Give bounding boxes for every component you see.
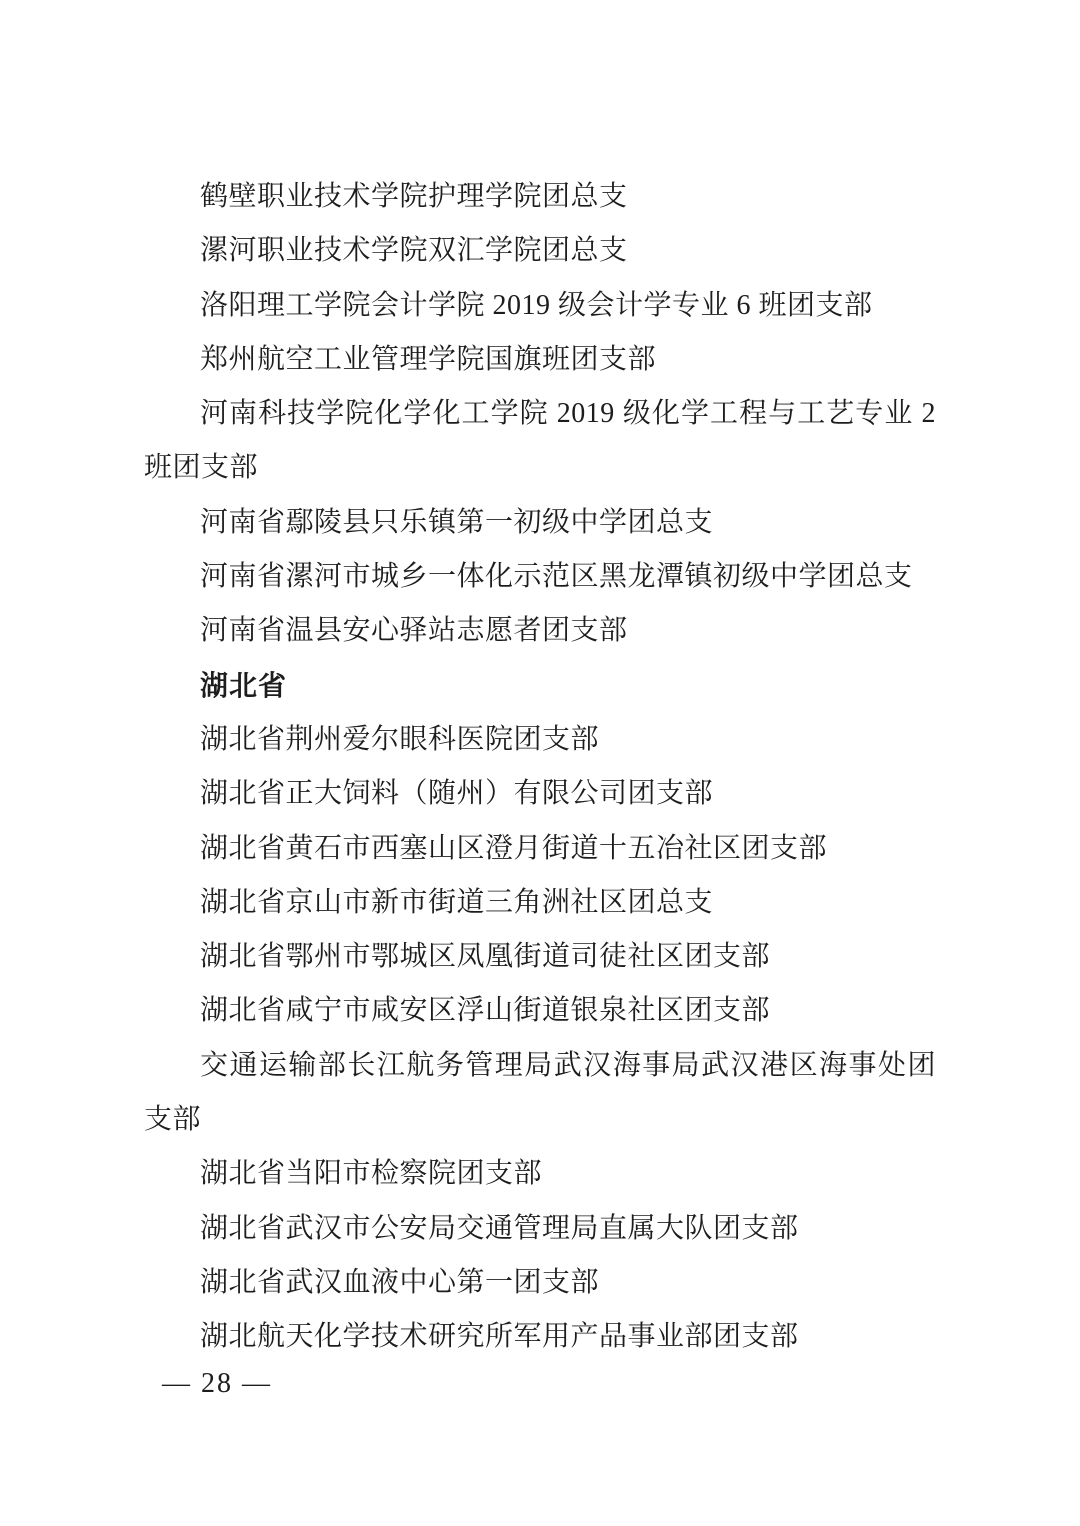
document-line: 湖北省武汉市公安局交通管理局直属大队团支部	[144, 1202, 936, 1256]
document-line-continuation: 支部	[144, 1093, 936, 1147]
document-page: 鹤壁职业技术学院护理学院团总支漯河职业技术学院双汇学院团总支洛阳理工学院会计学院…	[0, 0, 1080, 1526]
document-line: 河南省温县安心驿站志愿者团支部	[144, 604, 936, 658]
document-line: 湖北省武汉血液中心第一团支部	[144, 1256, 936, 1310]
document-line: 湖北航天化学技术研究所军用产品事业部团支部	[144, 1310, 936, 1364]
page-number: — 28 —	[162, 1368, 272, 1400]
document-line: 湖北省咸宁市咸安区浮山街道银泉社区团支部	[144, 984, 936, 1038]
document-line: 湖北省鄂州市鄂城区凤凰街道司徒社区团支部	[144, 930, 936, 984]
document-line: 湖北省京山市新市街道三角洲社区团总支	[144, 876, 936, 930]
document-line: 鹤壁职业技术学院护理学院团总支	[144, 170, 936, 224]
document-line: 河南省鄢陵县只乐镇第一初级中学团总支	[144, 496, 936, 550]
document-line: 湖北省当阳市检察院团支部	[144, 1147, 936, 1201]
document-line: 交通运输部长江航务管理局武汉海事局武汉港区海事处团	[144, 1039, 936, 1093]
section-header: 湖北省	[144, 659, 936, 713]
document-line: 郑州航空工业管理学院国旗班团支部	[144, 333, 936, 387]
document-line: 漯河职业技术学院双汇学院团总支	[144, 224, 936, 278]
document-line: 河南省漯河市城乡一体化示范区黑龙潭镇初级中学团总支	[144, 550, 936, 604]
document-line-continuation: 班团支部	[144, 441, 936, 495]
document-line: 湖北省正大饲料（随州）有限公司团支部	[144, 767, 936, 821]
document-line: 湖北省荆州爱尔眼科医院团支部	[144, 713, 936, 767]
document-line: 河南科技学院化学化工学院 2019 级化学工程与工艺专业 2	[144, 387, 936, 441]
document-line: 洛阳理工学院会计学院 2019 级会计学专业 6 班团支部	[144, 279, 936, 333]
document-line: 湖北省黄石市西塞山区澄月街道十五冶社区团支部	[144, 822, 936, 876]
document-body: 鹤壁职业技术学院护理学院团总支漯河职业技术学院双汇学院团总支洛阳理工学院会计学院…	[144, 170, 936, 1365]
